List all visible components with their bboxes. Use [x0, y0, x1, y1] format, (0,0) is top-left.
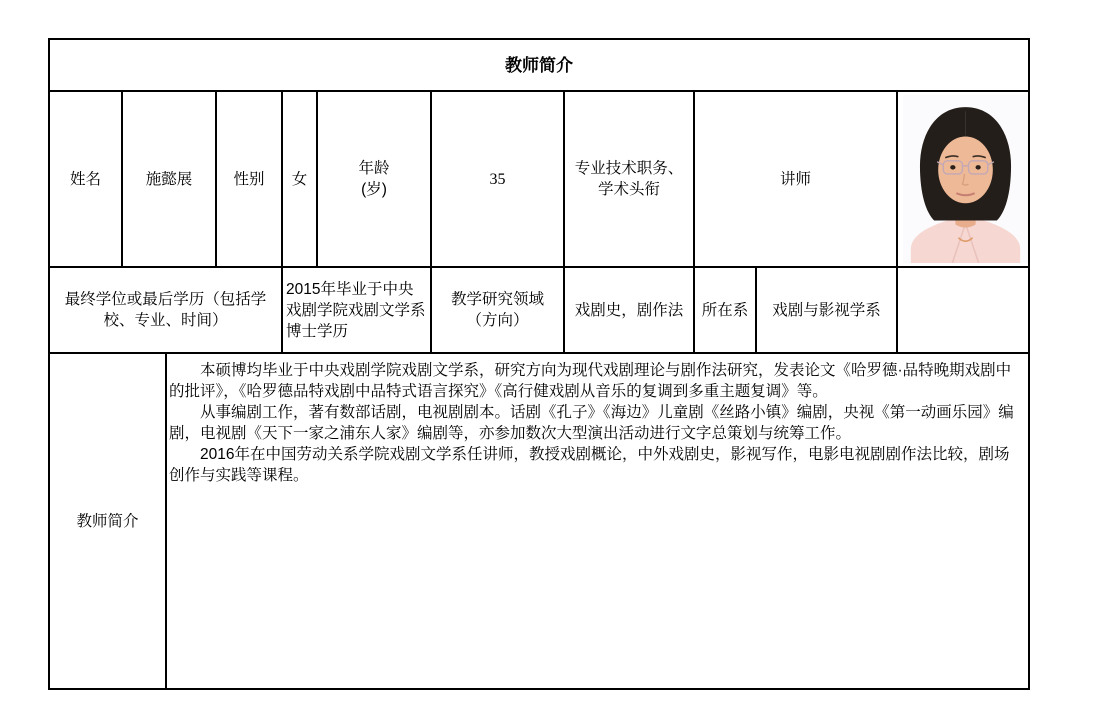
- gender-value: 女: [283, 92, 318, 266]
- portrait-photo-image: [903, 95, 1028, 263]
- photo-underneath-empty-cell: [898, 268, 1028, 352]
- title-row: 教师简介: [50, 40, 1028, 92]
- biography-label: 教师简介: [50, 354, 167, 688]
- page-title: 教师简介: [50, 40, 1028, 90]
- biography-row: 教师简介 本硕博均毕业于中央戏剧学院戏剧文学系，研究方向为现代戏剧理论与剧作法研…: [50, 354, 1028, 688]
- department-value: 戏剧与影视学系: [757, 268, 898, 352]
- department-label: 所在系: [695, 268, 757, 352]
- portrait-photo: [898, 92, 1028, 266]
- biography-paragraph-2: 从事编剧工作，著有数部话剧，电视剧剧本。话剧《孔子》《海边》儿童剧《丝路小镇》编…: [169, 402, 1024, 444]
- name-label: 姓名: [50, 92, 123, 266]
- degree-value: 2015年毕业于中央戏剧学院戏剧文学系 博士学历: [283, 268, 432, 352]
- research-area-label: 教学研究领域 （方向）: [432, 268, 565, 352]
- biography-paragraph-3: 2016年在中国劳动关系学院戏剧文学系任讲师，教授戏剧概论，中外戏剧史，影视写作…: [169, 444, 1024, 486]
- degree-label: 最终学位或最后学历（包括学校、专业、时间）: [50, 268, 283, 352]
- biography-text: 本硕博均毕业于中央戏剧学院戏剧文学系，研究方向为现代戏剧理论与剧作法研究，发表论…: [167, 354, 1028, 688]
- professional-title-value: 讲师: [695, 92, 898, 266]
- basic-info-row: 姓名 施懿展 性别 女 年龄 (岁) 35 专业技术职务、学术头衔 讲师: [50, 92, 1028, 268]
- teacher-profile-page: 教师简介 姓名 施懿展 性别 女 年龄 (岁) 35 专业技术职务、学术头衔 讲…: [0, 0, 1095, 721]
- gender-label: 性别: [217, 92, 283, 266]
- age-value: 35: [432, 92, 565, 266]
- biography-paragraph-1: 本硕博均毕业于中央戏剧学院戏剧文学系，研究方向为现代戏剧理论与剧作法研究，发表论…: [169, 360, 1024, 402]
- degree-info-row: 最终学位或最后学历（包括学校、专业、时间） 2015年毕业于中央戏剧学院戏剧文学…: [50, 268, 1028, 354]
- age-label: 年龄 (岁): [318, 92, 432, 266]
- professional-title-label: 专业技术职务、学术头衔: [565, 92, 695, 266]
- teacher-profile-table: 教师简介 姓名 施懿展 性别 女 年龄 (岁) 35 专业技术职务、学术头衔 讲…: [48, 38, 1030, 690]
- name-value: 施懿展: [123, 92, 217, 266]
- research-area-value: 戏剧史，剧作法: [565, 268, 695, 352]
